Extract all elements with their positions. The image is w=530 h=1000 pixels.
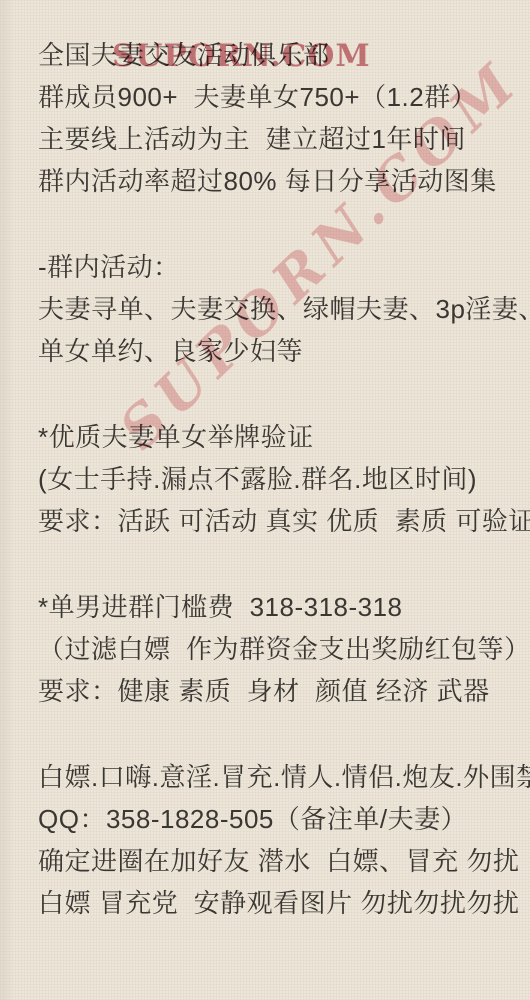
member-count-line: 群成员900+ 夫妻单女750+（1.2群） bbox=[38, 76, 516, 118]
entry-requirements-line: 要求：健康 素质 身材 颜值 经济 武器 bbox=[38, 670, 516, 712]
paragraph-activities: -群内活动： 夫妻寻单、夫妻交换、绿帽夫妻、3p淫妻、 单女单约、良家少妇等 bbox=[38, 246, 516, 372]
activities-list-line-1: 夫妻寻单、夫妻交换、绿帽夫妻、3p淫妻、 bbox=[38, 288, 516, 330]
paragraph-rules-contact: 白嫖.口嗨.意淫.冒充.情人.情侣.炮友.外围禁 QQ：358-1828-505… bbox=[38, 756, 516, 924]
verification-heading: *优质夫妻单女举牌验证 bbox=[38, 416, 516, 458]
verification-detail-line: (女士手持.漏点不露脸.群名.地区时间) bbox=[38, 458, 516, 500]
paragraph-club-intro: 全国夫妻交友活动俱乐部 群成员900+ 夫妻单女750+（1.2群） 主要线上活… bbox=[38, 34, 516, 202]
join-instruction-line: 确定进圈在加好友 潜水 白嫖、冒充 勿扰 bbox=[38, 840, 516, 882]
ad-image-page: SUPORN.COM SUPORN.COM 全国夫妻交友活动俱乐部 群成员900… bbox=[0, 0, 530, 1000]
activities-list-line-2: 单女单约、良家少妇等 bbox=[38, 330, 516, 372]
club-title: 全国夫妻交友活动俱乐部 bbox=[38, 34, 516, 76]
paragraph-verification: *优质夫妻单女举牌验证 (女士手持.漏点不露脸.群名.地区时间) 要求：活跃 可… bbox=[38, 416, 516, 542]
qq-contact-line: QQ：358-1828-505（备注单/夫妻） bbox=[38, 798, 516, 840]
activities-heading: -群内活动： bbox=[38, 246, 516, 288]
banned-list-line: 白嫖.口嗨.意淫.冒充.情人.情侣.炮友.外围禁 bbox=[38, 756, 516, 798]
entry-fee-note-line: （过滤白嫖 作为群资金支出奖励红包等） bbox=[38, 628, 516, 670]
verification-requirements-line: 要求：活跃 可活动 真实 优质 素质 可验证 bbox=[38, 500, 516, 542]
activity-rate-line: 群内活动率超过80% 每日分享活动图集 bbox=[38, 160, 516, 202]
paragraph-entry-fee: *单男进群门槛费 318-318-318 （过滤白嫖 作为群资金支出奖励红包等）… bbox=[38, 586, 516, 712]
lurker-warning-line: 白嫖 冒充党 安静观看图片 勿扰勿扰勿扰 bbox=[38, 882, 516, 924]
ad-text-body: 全国夫妻交友活动俱乐部 群成员900+ 夫妻单女750+（1.2群） 主要线上活… bbox=[0, 0, 530, 924]
activity-type-line: 主要线上活动为主 建立超过1年时间 bbox=[38, 118, 516, 160]
entry-fee-heading: *单男进群门槛费 318-318-318 bbox=[38, 586, 516, 628]
